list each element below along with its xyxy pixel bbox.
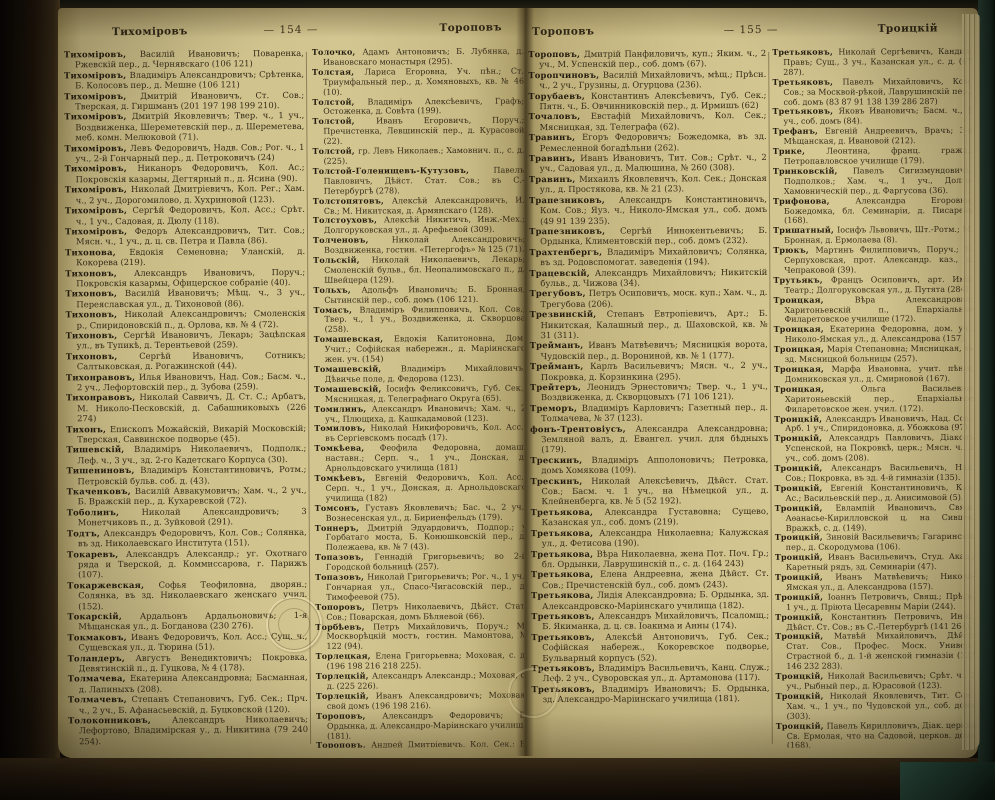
directory-entry: Третьякова, Вѣра Николаевна, жена Пот. П… xyxy=(531,547,769,569)
entry-surname: Третьякова, xyxy=(531,569,600,579)
entry-surname: Третьякова, xyxy=(531,590,597,600)
directory-entry: Троицкая, Ольга Васильевна; Харитоньевск… xyxy=(774,384,974,415)
directory-entry: Троицкій, Иванъ Васильевичъ, Студ. Акад.… xyxy=(775,552,975,573)
directory-entry: Томасъ, Владиміръ Филипповичъ, Кол. Сов.… xyxy=(313,304,524,335)
directory-entry: Троицкій, Зиновій Васильевичъ; Гагаринск… xyxy=(775,532,975,553)
entry-surname: Томашевскій, xyxy=(314,383,386,393)
directory-entry: Толоконниковъ, Александръ Николаевичъ; Л… xyxy=(68,714,308,747)
entry-surname: Тихоміровъ, xyxy=(65,163,138,173)
page-edge-stack xyxy=(962,14,980,750)
entry-surname: Топазовъ, xyxy=(315,572,367,582)
directory-entry: Троицкій, Николай Яковлевичъ, Тит. Сов.;… xyxy=(776,691,976,722)
directory-entry: Торлецкій, Александръ Александр.; Мохова… xyxy=(316,671,524,692)
directory-entry: Тихонъ, Епископъ Можайскій, Викарій Моск… xyxy=(66,423,306,445)
directory-entry: Тихоновъ, Сергѣй Ивановичъ, Лекарь; Зацѣ… xyxy=(66,329,306,351)
entry-surname: Троицкая, xyxy=(774,344,827,354)
entry-surname: Торубаевъ, xyxy=(528,90,591,100)
entry-surname: Троицкій, xyxy=(775,552,828,562)
directory-entry: Томсонъ, Густавъ Яковлевичъ; Бас. ч., 2 … xyxy=(315,502,524,523)
directory-entry: Третьякова, Александра Густавовна; Сущев… xyxy=(531,506,769,528)
directory-entry: Третьякова, Лидія Александровна; Б. Орды… xyxy=(531,589,769,611)
directory-entry: Тишениновъ, Владиміръ Константиновичъ, Р… xyxy=(66,464,306,486)
directory-entry: Тихоновъ, Александръ Ивановичъ, Поруч.; … xyxy=(65,266,305,288)
directory-entry: Тихоміровъ, Дмитрій Яковлевичъ; Твер. ч.… xyxy=(64,110,304,143)
entry-surname: Троицкій, xyxy=(774,433,829,443)
directory-entry: Троицкій, Николай Васильевичъ; Срѣт. ч.,… xyxy=(775,671,975,692)
directory-column: Тихоміровъ, Василій Ивановичъ; Поваренка… xyxy=(64,48,308,749)
entry-surname: Трике, xyxy=(773,146,827,156)
directory-entry: Тришатный, Іосифъ Львовичъ, Шт.-Ротм.; М… xyxy=(773,225,973,246)
directory-entry: Третьяковъ, Алексѣй Антоновичъ, Губ. Сек… xyxy=(531,631,769,663)
directory-entry: Тихоміровъ, Сергѣй Федоровичъ, Кол. Асс.… xyxy=(65,204,305,226)
entry-surname: Тришатный, xyxy=(773,225,837,235)
directory-column: Толочко, Адамъ Антоновичъ; Б. Лубянка, д… xyxy=(312,47,524,748)
running-head-right: Троицкій xyxy=(878,22,938,35)
entry-surname: Трескинъ, xyxy=(530,475,591,485)
entry-surname: Третьякова, xyxy=(531,527,599,537)
entry-surname: Токмаковъ, xyxy=(67,632,131,642)
entry-surname: Травинъ, xyxy=(529,153,581,163)
entry-surname: Троицкій, xyxy=(776,690,830,700)
book-gutter-shadow xyxy=(516,8,534,756)
directory-entry: Трике, Леонтина, франц. гражд.; Петропав… xyxy=(773,146,973,167)
directory-entry: Торлецкая, Елена Григорьевна; Моховая, с… xyxy=(316,651,524,672)
entry-surname: Треморъ, xyxy=(530,403,582,413)
directory-entry: Троицкій, Александръ Павловичъ, Діаконъ … xyxy=(774,433,974,464)
directory-entry: Торубаевъ, Константинъ Алексѣевичъ, Губ.… xyxy=(528,90,766,112)
entry-surname: фонъ-Трентовіусъ, xyxy=(530,423,635,434)
entry-surname: Точаловъ, xyxy=(528,111,590,121)
directory-entry: Ткаченковъ, Василій Аввакумовичъ; Хам. ч… xyxy=(67,485,307,507)
directory-entry: Тихоміровъ, Владиміръ Александровичъ; Ср… xyxy=(64,69,304,91)
entry-surname: Тихоміровъ, xyxy=(64,70,130,80)
entry-surname: Трейтеръ, xyxy=(530,382,587,392)
directory-entry: Торопчиновъ, Василій Михайловичъ, мѣщ.; … xyxy=(528,69,766,91)
entry-surname: Травинъ, xyxy=(529,174,579,184)
entry-surname: Томасъ, xyxy=(313,304,359,314)
entry-surname: Токаревъ, xyxy=(67,549,126,559)
entry-surname: Тольхъ, xyxy=(313,284,361,294)
entry-surname: Томашевская, xyxy=(314,334,394,344)
directory-entry: фонъ-Трентовіусъ, Александра Александров… xyxy=(530,423,768,455)
directory-entry: Томашевскій, Владиміръ Михайловичъ; Дѣви… xyxy=(314,364,524,385)
entry-surname: Трахтенбергъ, xyxy=(529,246,607,256)
entry-surname: Толочко, xyxy=(312,47,363,57)
directory-entry: Троицкій, Иванъ Матвѣевичъ; Николо-Ямска… xyxy=(775,572,975,593)
directory-entry: Троицкій, Матвѣй Михайловичъ, Дѣйст. Ста… xyxy=(775,631,975,672)
embossed-stamp xyxy=(266,596,322,652)
entry-surname: Троицкій, xyxy=(775,591,828,601)
directory-entry: Троицкая, Екатерина Федоровна, дом. уч.;… xyxy=(774,324,974,345)
directory-entry: Томилинъ, Александръ Ивановичъ; Хам. ч.,… xyxy=(314,403,524,424)
entry-surname: Томкѣева, xyxy=(314,443,380,453)
entry-surname: Трифонова, xyxy=(773,195,855,205)
embossed-stamp xyxy=(508,668,558,718)
directory-entry: Троицкій, Александръ Ивановичъ, Над. Сов… xyxy=(774,413,974,434)
entry-surname: Толстой, xyxy=(312,96,367,106)
entry-surname: Торлецкій, xyxy=(316,690,376,700)
entry-surname: Тихоміровъ, xyxy=(64,143,129,153)
directory-entry: Троицкій, Константинъ Петровичъ, Инж., Д… xyxy=(775,611,975,632)
directory-entry: Томкѣева, Феофила Федоровна, домаш. наст… xyxy=(314,443,524,474)
entry-surname: Третьяковъ, xyxy=(531,632,605,642)
entry-surname: Трапезниковъ, xyxy=(529,194,619,204)
entry-surname: Троицкій, xyxy=(775,631,834,641)
entry-surname: Третьякова, xyxy=(531,548,597,558)
directory-entry: Тороповъ, Андрей Дмитріевичъ, Кол. Сек.;… xyxy=(316,740,524,748)
entry-surname: Тишевскій, xyxy=(66,444,134,454)
directory-entry: Тихоміровъ, Василій Ивановичъ; Поваренка… xyxy=(64,48,304,70)
directory-entry: Трапезниковъ, Сергѣй Иннокентьевичъ; Б. … xyxy=(529,225,767,247)
directory-entry: Томиловъ, Николай Никифоровичъ, Кол. Асс… xyxy=(314,423,524,444)
entry-surname: Томашевскій, xyxy=(314,363,401,374)
entry-surname: Троицкая, xyxy=(774,324,830,334)
entry-surname: Топоровъ, xyxy=(315,601,372,611)
book-cover-corner xyxy=(900,762,995,800)
entry-surname: Троицкій, xyxy=(774,463,831,473)
directory-entry: Травинъ, Иванъ Ивановичъ, Тит. Сов.; Срѣ… xyxy=(529,152,767,174)
directory-entry: Топоровъ, Петръ Николаевичъ, Дѣйст. Стат… xyxy=(315,601,524,622)
right-page: Тороповъ — 155 — Троицкій Тороповъ, Дмит… xyxy=(524,8,978,758)
entry-surname: Третьяковъ, xyxy=(772,76,842,86)
directory-entry: Тихонравовъ, Илья Ивановичъ, Над. Сов.; … xyxy=(66,371,306,393)
running-head-right: Тороповъ xyxy=(439,21,502,34)
entry-surname: Тихоновъ, xyxy=(65,288,125,298)
entry-surname: Тольскій, xyxy=(313,255,372,265)
entry-surname: Тринковскій, xyxy=(773,165,853,175)
entry-surname: Троицкій, xyxy=(774,413,826,423)
entry-surname: Топазовъ, xyxy=(315,552,375,562)
entry-surname: Толандеръ, xyxy=(68,653,136,663)
directory-entry: Травинъ, Егоръ Федоровичъ; Божедомка, въ… xyxy=(529,131,767,153)
directory-entry: Тихоновъ, Сергѣй Ивановичъ, Сотникъ; Сал… xyxy=(66,350,306,372)
entry-surname: Троицкій, xyxy=(776,720,827,730)
directory-entry: Трацевскій, Александръ Михайловичъ; Ники… xyxy=(529,266,767,288)
book-photo: Тихоміровъ — 154 — Тороповъ Тихоміровъ, … xyxy=(0,0,995,800)
entry-surname: Третьяковъ, xyxy=(531,611,598,621)
directory-entry: Троицкая, Марія Степановна; Мясницкая, в… xyxy=(774,344,974,365)
entry-surname: Торлецкій, xyxy=(316,671,372,681)
directory-entry: Тишевскій, Владиміръ Николаевичъ, Подпол… xyxy=(66,443,306,465)
directory-entry: Трефанъ, Евгеній Андреевичъ, Врачъ; 3-я … xyxy=(773,126,973,147)
entry-surname: Толмачева, xyxy=(68,673,130,683)
entry-surname: Тихонова, xyxy=(65,247,129,257)
entry-surname: Третьяковъ, xyxy=(772,106,838,116)
entry-surname: Толстая, xyxy=(312,66,364,76)
entry-surname: Толстой, xyxy=(312,116,376,126)
entry-surname: Толстой-Голенищевъ-Кутузовъ, xyxy=(313,165,494,176)
entry-surname: Токарскій, xyxy=(67,611,140,621)
directory-entry: Травинъ, Михаилъ Яковлевичъ, Кол. Сек.; … xyxy=(529,173,767,195)
directory-entry: Трейманъ, Иванъ Матвѣевичъ; Мясницкія во… xyxy=(530,339,768,361)
entry-surname: Ткаченковъ, xyxy=(67,486,135,496)
photo-bottom-edge xyxy=(0,758,995,800)
directory-entry: Трейтеръ, Леонидъ Эрнестовичъ; Твер. ч.,… xyxy=(530,381,768,403)
entry-surname: Тороповъ, xyxy=(316,740,371,748)
directory-entry: Трескинъ, Владиміръ Апполоновичъ; Петров… xyxy=(530,454,768,476)
directory-entry: Троицкая, Марфа Ивановна, учит. пѣнія; Д… xyxy=(774,364,974,385)
entry-surname: Толстой, xyxy=(312,146,358,156)
directory-entry: Тоннеръ, Дмитрій Эдуардовичъ, Подпор.; у… xyxy=(315,522,524,553)
directory-entry: Торбѣевъ, Петръ Михайловичъ, Поруч.; М. … xyxy=(315,621,524,652)
directory-entry: Толстой-Голенищевъ-Кутузовъ, Павелъ Павл… xyxy=(313,165,524,196)
directory-entry: Томашевская, Евдокія Капитоновна, Дом. У… xyxy=(314,334,524,365)
directory-entry: Трахтенбергъ, Владиміръ Михайловичъ; Сол… xyxy=(529,246,767,268)
directory-entry: Тихонравовъ, Николай Саввичъ, Д. Ст. С.;… xyxy=(66,391,306,424)
directory-entry: Толмачевъ, Степанъ Степановичъ, Губ. Сек… xyxy=(68,693,308,715)
entry-surname: Трезвинскій, xyxy=(530,309,607,319)
directory-entry: Толстой, Иванъ Егоровичъ, Поруч.; Пречис… xyxy=(312,116,524,147)
entry-surname: Торопчиновъ, xyxy=(528,70,603,80)
entry-surname: Томилинъ, xyxy=(314,403,372,413)
entry-surname: Томиловъ, xyxy=(314,423,370,433)
entry-surname: Толоконниковъ, xyxy=(68,715,172,726)
entry-surname: Тихонъ, xyxy=(66,424,110,434)
entry-surname: Тороповъ, xyxy=(316,710,382,720)
entry-surname: Трацевскій, xyxy=(529,267,595,277)
directory-entry: Трейманъ, Карлъ Васильевичъ; Мясн. ч., 2… xyxy=(530,360,768,382)
directory-entry: Тихоновъ, Василій Ивановичъ; Мѣщ. ч., 3 … xyxy=(65,287,305,309)
entry-surname: Томсонъ, xyxy=(315,502,366,512)
directory-entry: Троицкій, Павелъ Кирилловичъ, Діак. церк… xyxy=(776,720,976,747)
entry-surname: Тихоміровъ, xyxy=(65,226,135,236)
directory-entry: Троицкій, Іоаннъ Петровичъ, Свящ.; Прѣсн… xyxy=(775,592,975,613)
directory-entry: Топазовъ, Николай Григорьевичъ; Рог. ч.,… xyxy=(315,572,524,603)
entry-surname: Трюкъ, xyxy=(773,245,815,255)
directory-entry: Толстой, гр. Левъ Николаев.; Хамовнич. п… xyxy=(312,146,524,167)
directory-column: Тороповъ, Дмитрій Панфиловичъ, куп.; Яки… xyxy=(528,48,770,749)
entry-surname: Тихонравовъ, xyxy=(66,372,139,382)
entry-surname: Тихоновъ, xyxy=(66,330,124,340)
entry-surname: Троицкій, xyxy=(775,532,827,542)
entry-surname: Тихоміровъ, xyxy=(64,91,140,101)
text-columns: Тороповъ, Дмитрій Панфиловичъ, куп.; Яки… xyxy=(524,47,978,751)
directory-entry: Тихоміровъ, Дмитрій Ивановичъ, Ст. Сов.;… xyxy=(64,90,304,112)
entry-surname: Трейманъ, xyxy=(530,361,590,371)
entry-surname: Трескинъ, xyxy=(530,455,591,465)
entry-surname: Тихоновъ, xyxy=(66,351,140,361)
directory-entry: Тороповъ, Александръ Федоровичъ; Б. Орды… xyxy=(316,710,524,741)
directory-entry: Тольхъ, Адольфъ Ивановичъ; Б. Бронная, С… xyxy=(313,284,524,305)
directory-entry: Тоболинъ, Николай Александровичъ; 3 Моне… xyxy=(67,506,307,528)
directory-entry: Троицкій, Александръ Васильевичъ, Над. С… xyxy=(774,463,974,484)
directory-entry: Толмачева, Екатерина Александровна; Басм… xyxy=(68,672,308,694)
entry-surname: Торбѣевъ, xyxy=(315,621,373,631)
directory-entry: Третьякова, Александра Николаевна; Калуж… xyxy=(531,527,769,549)
entry-surname: Тихоміровъ, xyxy=(64,49,140,59)
entry-surname: Толченовъ, xyxy=(313,235,392,245)
entry-surname: Токаржевская, xyxy=(67,580,159,591)
entry-surname: Толстопятовъ, xyxy=(313,195,392,205)
directory-entry: Толстоуховъ, Алексѣй Никитичъ, Инж.-Мех.… xyxy=(313,215,524,236)
entry-surname: Тихонравовъ, xyxy=(66,392,140,402)
directory-entry: Топазовъ, Геннадій Григорьевичъ; во 2-й … xyxy=(315,552,524,573)
directory-entry: Тольскій, Николай Николаевичъ, Лекарь; С… xyxy=(313,255,524,286)
entry-surname: Травинъ, xyxy=(529,132,583,142)
entry-surname: Троицкая, xyxy=(774,364,832,374)
entry-surname: Толмачевъ, xyxy=(68,694,132,704)
book-cover-left-edge xyxy=(0,0,60,800)
directory-entry: Тороповъ, Дмитрій Панфиловичъ, куп.; Яки… xyxy=(528,48,766,70)
directory-entry: Толстой, Владиміръ Алексѣевичъ, Графъ; О… xyxy=(312,96,524,117)
entry-surname: Трутьякъ, xyxy=(773,274,831,284)
directory-entry: Троицкая, Вѣра Александровна; Харитоньев… xyxy=(773,294,973,325)
directory-entry: Троицкій, Евгеній Константиновичъ, Кол. … xyxy=(774,483,974,504)
entry-surname: Тоболинъ, xyxy=(67,507,142,517)
directory-column: Третьяковъ, Николай Сергѣевичъ, Кандид. … xyxy=(772,47,976,748)
directory-entry: Томкѣевъ, Евгеній Федоровичъ, Кол. Асс.;… xyxy=(314,473,524,504)
directory-entry: Третьяковъ, Владиміръ Васильевичъ, Канц.… xyxy=(531,662,769,684)
directory-entry: Трюкъ, Мартинъ Филипповичъ, Поруч.; Б. С… xyxy=(773,245,973,276)
directory-entry: Тодтъ, Александръ Федоровичъ, Кол. Сов.;… xyxy=(67,527,307,549)
directory-entry: Троицкій, Евлампій Ивановичъ, Свящ. Аѳан… xyxy=(775,503,975,534)
directory-entry: Толченовъ, Николай Александровичъ; Воздв… xyxy=(313,235,524,256)
page-header: Тороповъ — 155 — Троицкій xyxy=(524,22,978,48)
entry-surname: Третьяковъ, xyxy=(772,47,838,57)
directory-entry: Торлецкій, Иванъ Александровичъ; Моховая… xyxy=(316,690,524,711)
entry-surname: Тишениновъ, xyxy=(66,465,140,475)
directory-entry: Трегубовъ, Петръ Осиповичъ, моск. куп.; … xyxy=(529,287,767,309)
directory-entry: Точаловъ, Евстафій Михайловичъ, Кол. Сек… xyxy=(528,110,766,132)
entry-surname: Троицкій, xyxy=(775,502,836,512)
directory-entry: Тихоміровъ, Николай Дмитріевичъ, Кол. Ре… xyxy=(65,183,305,205)
directory-entry: Тихонова, Евдокія Семеновна; Уланскій, д… xyxy=(65,246,305,268)
book-cover-right-edge xyxy=(978,0,995,800)
entry-surname: Троицкій, xyxy=(775,572,835,582)
directory-entry: Третьяковъ, Яковъ Ивановичъ; Басм. ч., 1… xyxy=(772,106,972,127)
directory-entry: Трапезниковъ, Александръ Константиновичъ… xyxy=(529,194,767,226)
directory-entry: Тихоміровъ, Никаноръ Федоровичъ, Кол. Ас… xyxy=(65,162,305,184)
entry-surname: Тихоміровъ, xyxy=(65,205,133,215)
directory-entry: Трескинъ, Николай Алексѣевичъ, Дѣйст. Ст… xyxy=(530,475,768,507)
entry-surname: Троицкая, xyxy=(774,383,861,393)
directory-entry: Трезвинскій, Степанъ Евтропіевичъ, Арт.;… xyxy=(530,308,768,340)
directory-entry: Трифонова, Александра Егоровна; Божедомк… xyxy=(773,195,973,226)
entry-surname: Толстоуховъ, xyxy=(313,215,384,225)
entry-surname: Трефанъ, xyxy=(773,126,825,136)
directory-entry: Третьякова, Елена Андреевна, жена Дѣйст.… xyxy=(531,568,769,590)
directory-entry: Третьяковъ, Павелъ Михайловичъ, Ком. Сов… xyxy=(772,77,972,108)
entry-surname: Томкѣевъ, xyxy=(314,472,374,482)
entry-surname: Тихоміровъ, xyxy=(64,111,132,121)
directory-entry: Толандеръ, Августъ Венедиктовичъ; Покров… xyxy=(68,651,308,673)
directory-entry: Третьяковъ, Александръ Михайловичъ, Псал… xyxy=(531,610,769,632)
directory-entry: Толочко, Адамъ Антоновичъ; Б. Лубянка, д… xyxy=(312,47,524,68)
directory-entry: Тихоміровъ, Федоръ Александровичъ, Тит. … xyxy=(65,225,305,247)
entry-surname: Тихоновъ, xyxy=(65,267,134,277)
entry-surname: Тихоновъ, xyxy=(65,309,124,319)
directory-entry: Трутьякъ, Францъ Осиповичъ, арт. Имп. Те… xyxy=(773,275,973,296)
page-header: Тихоміровъ — 154 — Тороповъ xyxy=(58,21,524,49)
entry-surname: Троицкій, xyxy=(775,611,831,621)
directory-entry: Треморъ, Владиміръ Карловичъ; Газетный п… xyxy=(530,402,768,424)
directory-entry: Третьяковъ, Владиміръ Ивановичъ; Б. Орды… xyxy=(531,683,769,705)
entry-surname: Тоннеръ, xyxy=(315,522,368,532)
directory-entry: Тихоновъ, Николай Александровичъ; Смолен… xyxy=(65,308,305,330)
directory-entry: Толстопятовъ, Алексѣй Александровичъ, И.… xyxy=(313,195,524,216)
entry-surname: Третьякова, xyxy=(531,507,605,517)
entry-surname: Трапезниковъ, xyxy=(529,226,620,236)
directory-entry: Токаревъ, Александръ Александр.; уг. Охо… xyxy=(67,547,307,580)
directory-entry: Толстая, Лариса Егоровна, Уч. пѣн.; Ст. … xyxy=(312,66,524,97)
entry-surname: Трегубовъ, xyxy=(529,288,588,298)
entry-surname: Тороповъ, xyxy=(528,49,584,59)
entry-surname: Трейманъ, xyxy=(530,340,589,350)
directory-entry: Томашевскій, Іосифъ Феликсовичъ, Губ. Се… xyxy=(314,383,524,404)
directory-entry: Тихоміровъ, Левъ Федоровичъ, Надв. Сов.;… xyxy=(64,142,304,164)
directory-entry: Третьяковъ, Николай Сергѣевичъ, Кандид. … xyxy=(772,47,972,78)
directory-entry: Тринковскій, Павелъ Сигизмундовичъ, Подп… xyxy=(773,166,973,197)
entry-surname: Троицкій, xyxy=(775,671,827,681)
entry-surname: Троицкая, xyxy=(773,294,854,304)
entry-surname: Троицкій, xyxy=(774,482,830,492)
entry-surname: Тодтъ, xyxy=(67,528,104,538)
entry-surname: Тихоміровъ, xyxy=(65,184,131,194)
entry-surname: Торлецкая, xyxy=(316,651,376,661)
